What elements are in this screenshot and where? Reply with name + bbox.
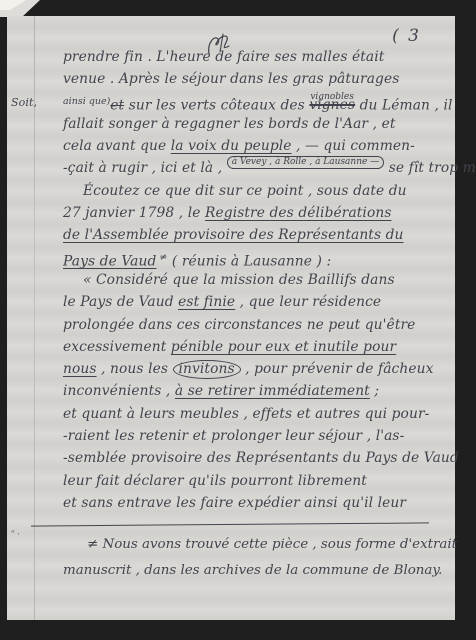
underlined-text: nous — [63, 361, 97, 377]
handwritten-line: de l'Assemblée provisoire des Représenta… — [63, 224, 449, 246]
handwritten-text: , pour prévenir de fâcheux — [241, 361, 434, 377]
handwritten-line: « Considéré que la mission des Baillifs … — [63, 269, 449, 291]
handwritten-text: « Considéré que la mission des Baillifs … — [83, 272, 395, 288]
handwritten-text: -semblée provisoire des Représentants du… — [63, 450, 459, 466]
handwritten-text: manuscrit , dans les archives de la comm… — [63, 563, 442, 578]
handwritten-line: prolongée dans ces circonstances ne peut… — [63, 314, 449, 336]
handwritten-text: , que leur résidence — [235, 294, 381, 310]
handwritten-line: -semblée provisoire des Représentants du… — [63, 447, 449, 469]
margin-tick: ʺ · — [11, 530, 20, 539]
handwritten-line: prendre fin . L'heure de faire ses malle… — [63, 46, 449, 68]
handwritten-line: nous , nous les invitons , pour prévenir… — [63, 358, 449, 380]
handwritten-text: ≠ Nous avons trouvé cette pièce , sous f… — [87, 537, 457, 552]
handwritten-text: sur les verts côteaux des — [124, 97, 309, 113]
handwritten-text: , nous les — [97, 361, 173, 377]
handwritten-line: ≠ Nous avons trouvé cette pièce , sous f… — [63, 532, 449, 558]
handwritten-line: le Pays de Vaud est finie , que leur rés… — [63, 291, 449, 313]
underlined-text: à se retirer immédiatement — [175, 383, 370, 399]
underlined-text: de l'Assemblée provisoire des Représenta… — [63, 227, 404, 243]
underlined-text: Pays de Vaud — [63, 253, 156, 269]
handwritten-text: ( réunis à Lausanne ) : — [167, 253, 331, 269]
handwritten-text: -çait à rugir , ici et là , — [63, 160, 227, 176]
handwritten-line: Soit,ainsi que)et sur les verts côteaux … — [63, 91, 449, 113]
handwritten-line: Pays de Vaud ≠ ( réunis à Lausanne ) : — [63, 247, 449, 269]
handwritten-text: prolongée dans ces circonstances ne peut… — [63, 317, 415, 333]
handwritten-text: et sans entrave les faire expédier ainsi… — [63, 495, 406, 511]
insertion-bubble: à Vevey , à Rolle , à Lausanne — — [227, 156, 385, 169]
circled-word: invitons — [173, 360, 241, 379]
handwritten-text: Écoutez ce que dit sur ce point , sous d… — [83, 183, 407, 199]
handwritten-text: ; — [370, 383, 379, 399]
handwritten-line: et sans entrave les faire expédier ainsi… — [63, 492, 449, 514]
interlinear-insertion: vignobles — [310, 86, 354, 108]
footnote-lines: ≠ Nous avons trouvé cette pièce , sous f… — [63, 532, 449, 584]
handwritten-line: manuscrit , dans les archives de la comm… — [63, 558, 449, 584]
handwritten-line: leur fait déclarer qu'ils pourront libre… — [63, 470, 449, 492]
footnote-separator — [31, 522, 429, 528]
footnote-text: ≠ Nous avons trouvé cette pièce , sous f… — [63, 532, 449, 584]
page-number: ( 3 — [392, 26, 421, 46]
handwritten-line: venue . Après le séjour dans les gras pâ… — [63, 68, 449, 90]
handwritten-text: 27 janvier 1798 , le — [63, 205, 205, 221]
handwritten-text: cela avant que — [63, 138, 171, 154]
superscript-note: ≠ — [156, 252, 167, 263]
manuscript-lines: prendre fin . L'heure de faire ses malle… — [63, 46, 449, 514]
handwritten-line: fallait songer à regagner les bords de l… — [63, 113, 449, 135]
struck-word: et — [110, 97, 124, 113]
handwritten-text: leur fait déclarer qu'ils pourront libre… — [63, 473, 367, 489]
handwritten-line: -raient les retenir et prolonger leur sé… — [63, 425, 449, 447]
underlined-text: la voix du peuple — [171, 138, 292, 154]
handwritten-text: inconvénients , — [63, 383, 175, 399]
handwritten-line: cela avant que la voix du peuple , — qui… — [63, 135, 449, 157]
handwritten-text: excessivement — [63, 339, 171, 355]
handwritten-line: Écoutez ce que dit sur ce point , sous d… — [63, 180, 449, 202]
underlined-text: pénible pour eux et inutile pour — [171, 339, 396, 355]
handwritten-text: fallait songer à regagner les bords de l… — [63, 116, 395, 132]
handwritten-text: prendre fin . L'heure de faire ses malle… — [63, 49, 384, 65]
manuscript-page: ( 3 prendre fin . L'heure de faire ses m… — [7, 16, 455, 620]
handwritten-line: inconvénients , à se retirer immédiateme… — [63, 380, 449, 402]
handwritten-text: venue . Après le séjour dans les gras pâ… — [63, 71, 399, 87]
superscript-note: ainsi que) — [63, 96, 110, 107]
underlined-text: Registre des délibérations — [205, 205, 392, 221]
manuscript-text: prendre fin . L'heure de faire ses malle… — [63, 46, 449, 514]
handwritten-text: se fît trop menaçante. — [384, 160, 476, 176]
margin-note: Soit, — [11, 92, 37, 114]
underlined-text: est finie — [178, 294, 235, 310]
handwritten-line: -çait à rugir , ici et là , à Vevey , à … — [63, 157, 449, 179]
handwritten-text: et quant à leurs meubles , effets et aut… — [63, 406, 429, 422]
handwritten-text: du Léman , il — [355, 97, 452, 113]
handwritten-text: le Pays de Vaud — [63, 294, 178, 310]
handwritten-line: 27 janvier 1798 , le Registre des délibé… — [63, 202, 449, 224]
handwritten-line: et quant à leurs meubles , effets et aut… — [63, 403, 449, 425]
handwritten-line: excessivement pénible pour eux et inutil… — [63, 336, 449, 358]
handwritten-text: , — qui commen- — [292, 138, 415, 154]
handwritten-text: -raient les retenir et prolonger leur sé… — [63, 428, 404, 444]
